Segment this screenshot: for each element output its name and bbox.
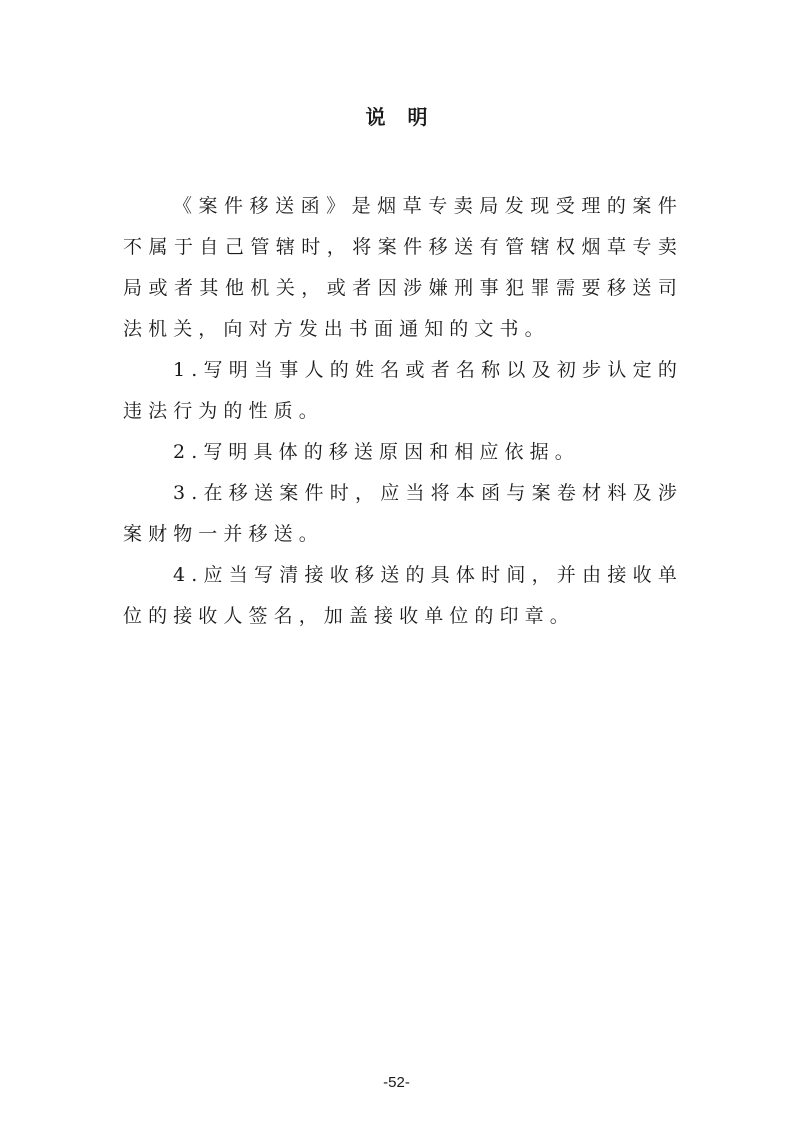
- instruction-item-1: 1.写明当事人的姓名或者名称以及初步认定的违法行为的性质。: [123, 350, 683, 432]
- intro-paragraph: 《案件移送函》是烟草专卖局发现受理的案件不属于自己管辖时，将案件移送有管辖权烟草…: [123, 186, 683, 350]
- document-page: 说明 《案件移送函》是烟草专卖局发现受理的案件不属于自己管辖时，将案件移送有管辖…: [0, 0, 793, 1122]
- page-title: 说明: [0, 104, 793, 130]
- instruction-item-3: 3.在移送案件时，应当将本函与案卷材料及涉案财物一并移送。: [123, 473, 683, 555]
- instruction-item-2: 2.写明具体的移送原因和相应依据。: [123, 432, 683, 473]
- instruction-item-4: 4.应当写清接收移送的具体时间，并由接收单位的接收人签名，加盖接收单位的印章。: [123, 555, 683, 637]
- page-number: -52-: [0, 1073, 793, 1093]
- document-body: 《案件移送函》是烟草专卖局发现受理的案件不属于自己管辖时，将案件移送有管辖权烟草…: [123, 186, 683, 637]
